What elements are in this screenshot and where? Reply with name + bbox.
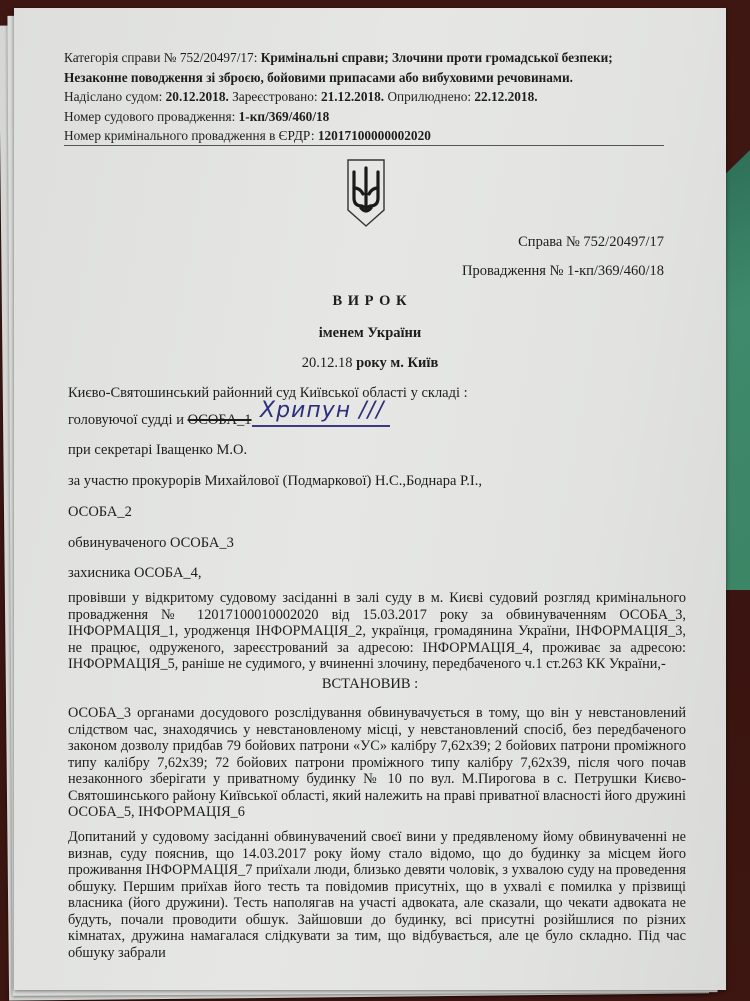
- court-proceeding-number: 1-кп/369/460/18: [239, 109, 330, 124]
- verdict-date: 20.12.18: [302, 355, 353, 371]
- handwritten-judge-name: Хрипун ///: [252, 398, 390, 427]
- category-value-continued: Незаконне поводження зі зброєю, бойовими…: [64, 70, 573, 85]
- category-line-2: Незаконне поводження зі зброєю, бойовими…: [64, 68, 664, 88]
- testimony-paragraph-text: Допитаний у судовому засіданні обвинувач…: [68, 829, 686, 961]
- registered-date: 21.12.2018.: [321, 89, 384, 104]
- accused-line: обвинуваченого ОСОБА_3: [68, 535, 234, 552]
- verdict-date-place: 20.12.18 року м. Київ: [14, 355, 726, 372]
- prosecutors-line: за участю прокурорів Михайлової (Подмарк…: [68, 473, 482, 490]
- struck-name: ОСОБА_1: [188, 412, 252, 428]
- established-paragraph: ОСОБА_3 органами досудового розслідуванн…: [68, 705, 686, 821]
- presiding-judge-line: головуючої судді и ОСОБА_1: [68, 412, 252, 429]
- court-proceeding-label: Номер судового провадження:: [64, 109, 235, 124]
- secretary-line: при секретарі Іващенко М.О.: [68, 442, 247, 459]
- dates-line: Надіслано судом: 20.12.2018. Зареєстрова…: [64, 87, 664, 107]
- category-line: Категорія справи № 752/20497/17: Криміна…: [64, 48, 664, 68]
- document-page: Категорія справи № 752/20497/17: Криміна…: [14, 8, 726, 990]
- category-label: Категорія справи № 752/20497/17:: [64, 50, 257, 65]
- sent-label: Надіслано судом:: [64, 89, 162, 104]
- verdict-subtitle: іменем України: [14, 325, 726, 342]
- criminal-proceeding-line: Номер кримінального провадження в ЄРДР: …: [64, 126, 664, 146]
- intro-paragraph: провівши у відкритому судовому засіданні…: [68, 590, 686, 673]
- case-number: Справа № 752/20497/17: [518, 234, 664, 251]
- criminal-proceeding-number: 12017100000002020: [318, 128, 431, 143]
- testimony-paragraph: Допитаний у судовому засіданні обвинувач…: [68, 829, 686, 961]
- sent-date: 20.12.2018.: [166, 89, 229, 104]
- header-divider: [64, 145, 664, 146]
- coat-of-arms-trident-icon: [346, 158, 386, 228]
- established-heading: ВСТАНОВИВ :: [14, 676, 726, 693]
- verdict-place: року м. Київ: [356, 355, 438, 371]
- person-2-line: ОСОБА_2: [68, 504, 132, 521]
- verdict-title: В И Р О К: [14, 293, 726, 310]
- proceeding-number: Провадження № 1-кп/369/460/18: [462, 263, 664, 280]
- criminal-proceeding-label: Номер кримінального провадження в ЄРДР:: [64, 128, 315, 143]
- published-label: Оприлюднено:: [387, 89, 471, 104]
- established-paragraph-text: ОСОБА_3 органами досудового розслідуванн…: [68, 705, 686, 821]
- defender-line: захисника ОСОБА_4,: [68, 565, 202, 582]
- court-proceeding-line: Номер судового провадження: 1-кп/369/460…: [64, 107, 664, 127]
- registered-label: Зареєстровано:: [232, 89, 317, 104]
- document-metadata: Категорія справи № 752/20497/17: Криміна…: [64, 48, 664, 146]
- category-value: Кримінальні справи; Злочини проти громад…: [261, 50, 613, 65]
- intro-paragraph-text: провівши у відкритому судовому засіданні…: [68, 590, 686, 673]
- presiding-label: головуючої судді и: [68, 412, 184, 428]
- published-date: 22.12.2018.: [474, 89, 537, 104]
